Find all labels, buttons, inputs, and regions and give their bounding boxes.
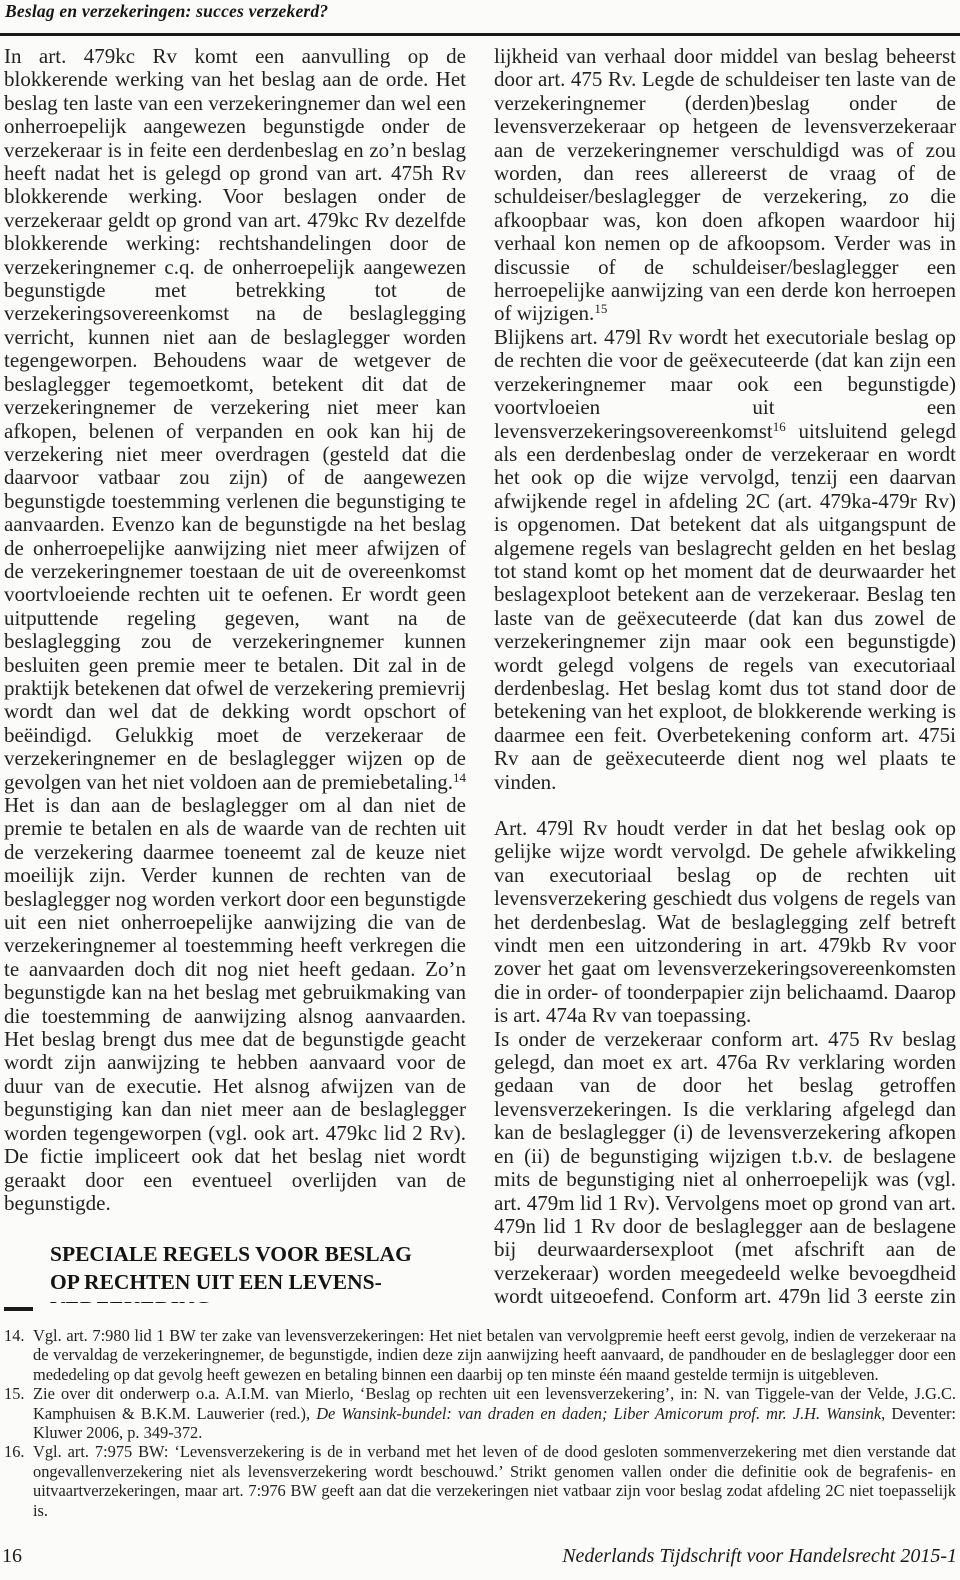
footnote-text: Zie over dit onderwerp o.a. A.I.M. van M…	[33, 1384, 956, 1442]
footnote-number: 16.	[4, 1442, 33, 1520]
body-paragraph: Blijkens art. 479l Rv wordt het executor…	[494, 326, 956, 794]
body-paragraph: lijkheid van verhaal door middel van bes…	[494, 45, 956, 326]
journal-title: Nederlands Tijdschrift voor Handelsrecht…	[562, 1545, 957, 1568]
footnote-ref: 15	[594, 301, 607, 316]
article-body: In art. 479kc Rv komt een aanvulling op …	[4, 45, 956, 1303]
footnote: 15. Zie over dit onderwerp o.a. A.I.M. v…	[4, 1384, 956, 1442]
running-header-title: Beslag en verzekeringen: succes verzeker…	[5, 1, 328, 22]
footnote: 16. Vgl. art. 7:975 BW: ‘Levensverzekeri…	[4, 1442, 956, 1520]
footnote-text: Vgl. art. 7:980 lid 1 BW ter zake van le…	[33, 1326, 956, 1384]
header-rule	[0, 33, 960, 36]
body-paragraph: Art. 479l Rv houdt verder in dat het bes…	[494, 817, 956, 1028]
footnote-ref: 14	[453, 770, 466, 785]
body-paragraph: Is onder de verzekeraar conform art. 475…	[494, 1028, 956, 1303]
footnote-ref: 16	[773, 419, 786, 434]
column-right: lijkheid van verhaal door middel van bes…	[494, 45, 956, 1303]
page-number: 16	[2, 1545, 22, 1568]
footnote-number: 15.	[4, 1384, 33, 1442]
column-left: In art. 479kc Rv komt een aanvulling op …	[4, 45, 466, 1303]
footnotes: 14. Vgl. art. 7:980 lid 1 BW ter zake va…	[4, 1326, 956, 1520]
footnote: 14. Vgl. art. 7:980 lid 1 BW ter zake va…	[4, 1326, 956, 1384]
body-paragraph: In art. 479kc Rv komt een aanvulling op …	[4, 45, 466, 1215]
italic-book-title: De Wansink-bundel: van draden en daden; …	[316, 1404, 881, 1423]
footnote-separator	[4, 1307, 33, 1311]
footnote-text: Vgl. art. 7:975 BW: ‘Levensverzekering i…	[33, 1442, 956, 1520]
section-heading: SPECIALE REGELS VOOR BESLAG OP RECHTEN U…	[50, 1241, 428, 1303]
scanned-journal-page: { "colors": { "paper": "#fbfbf9", "ink":…	[0, 0, 960, 1580]
footnote-number: 14.	[4, 1326, 33, 1384]
